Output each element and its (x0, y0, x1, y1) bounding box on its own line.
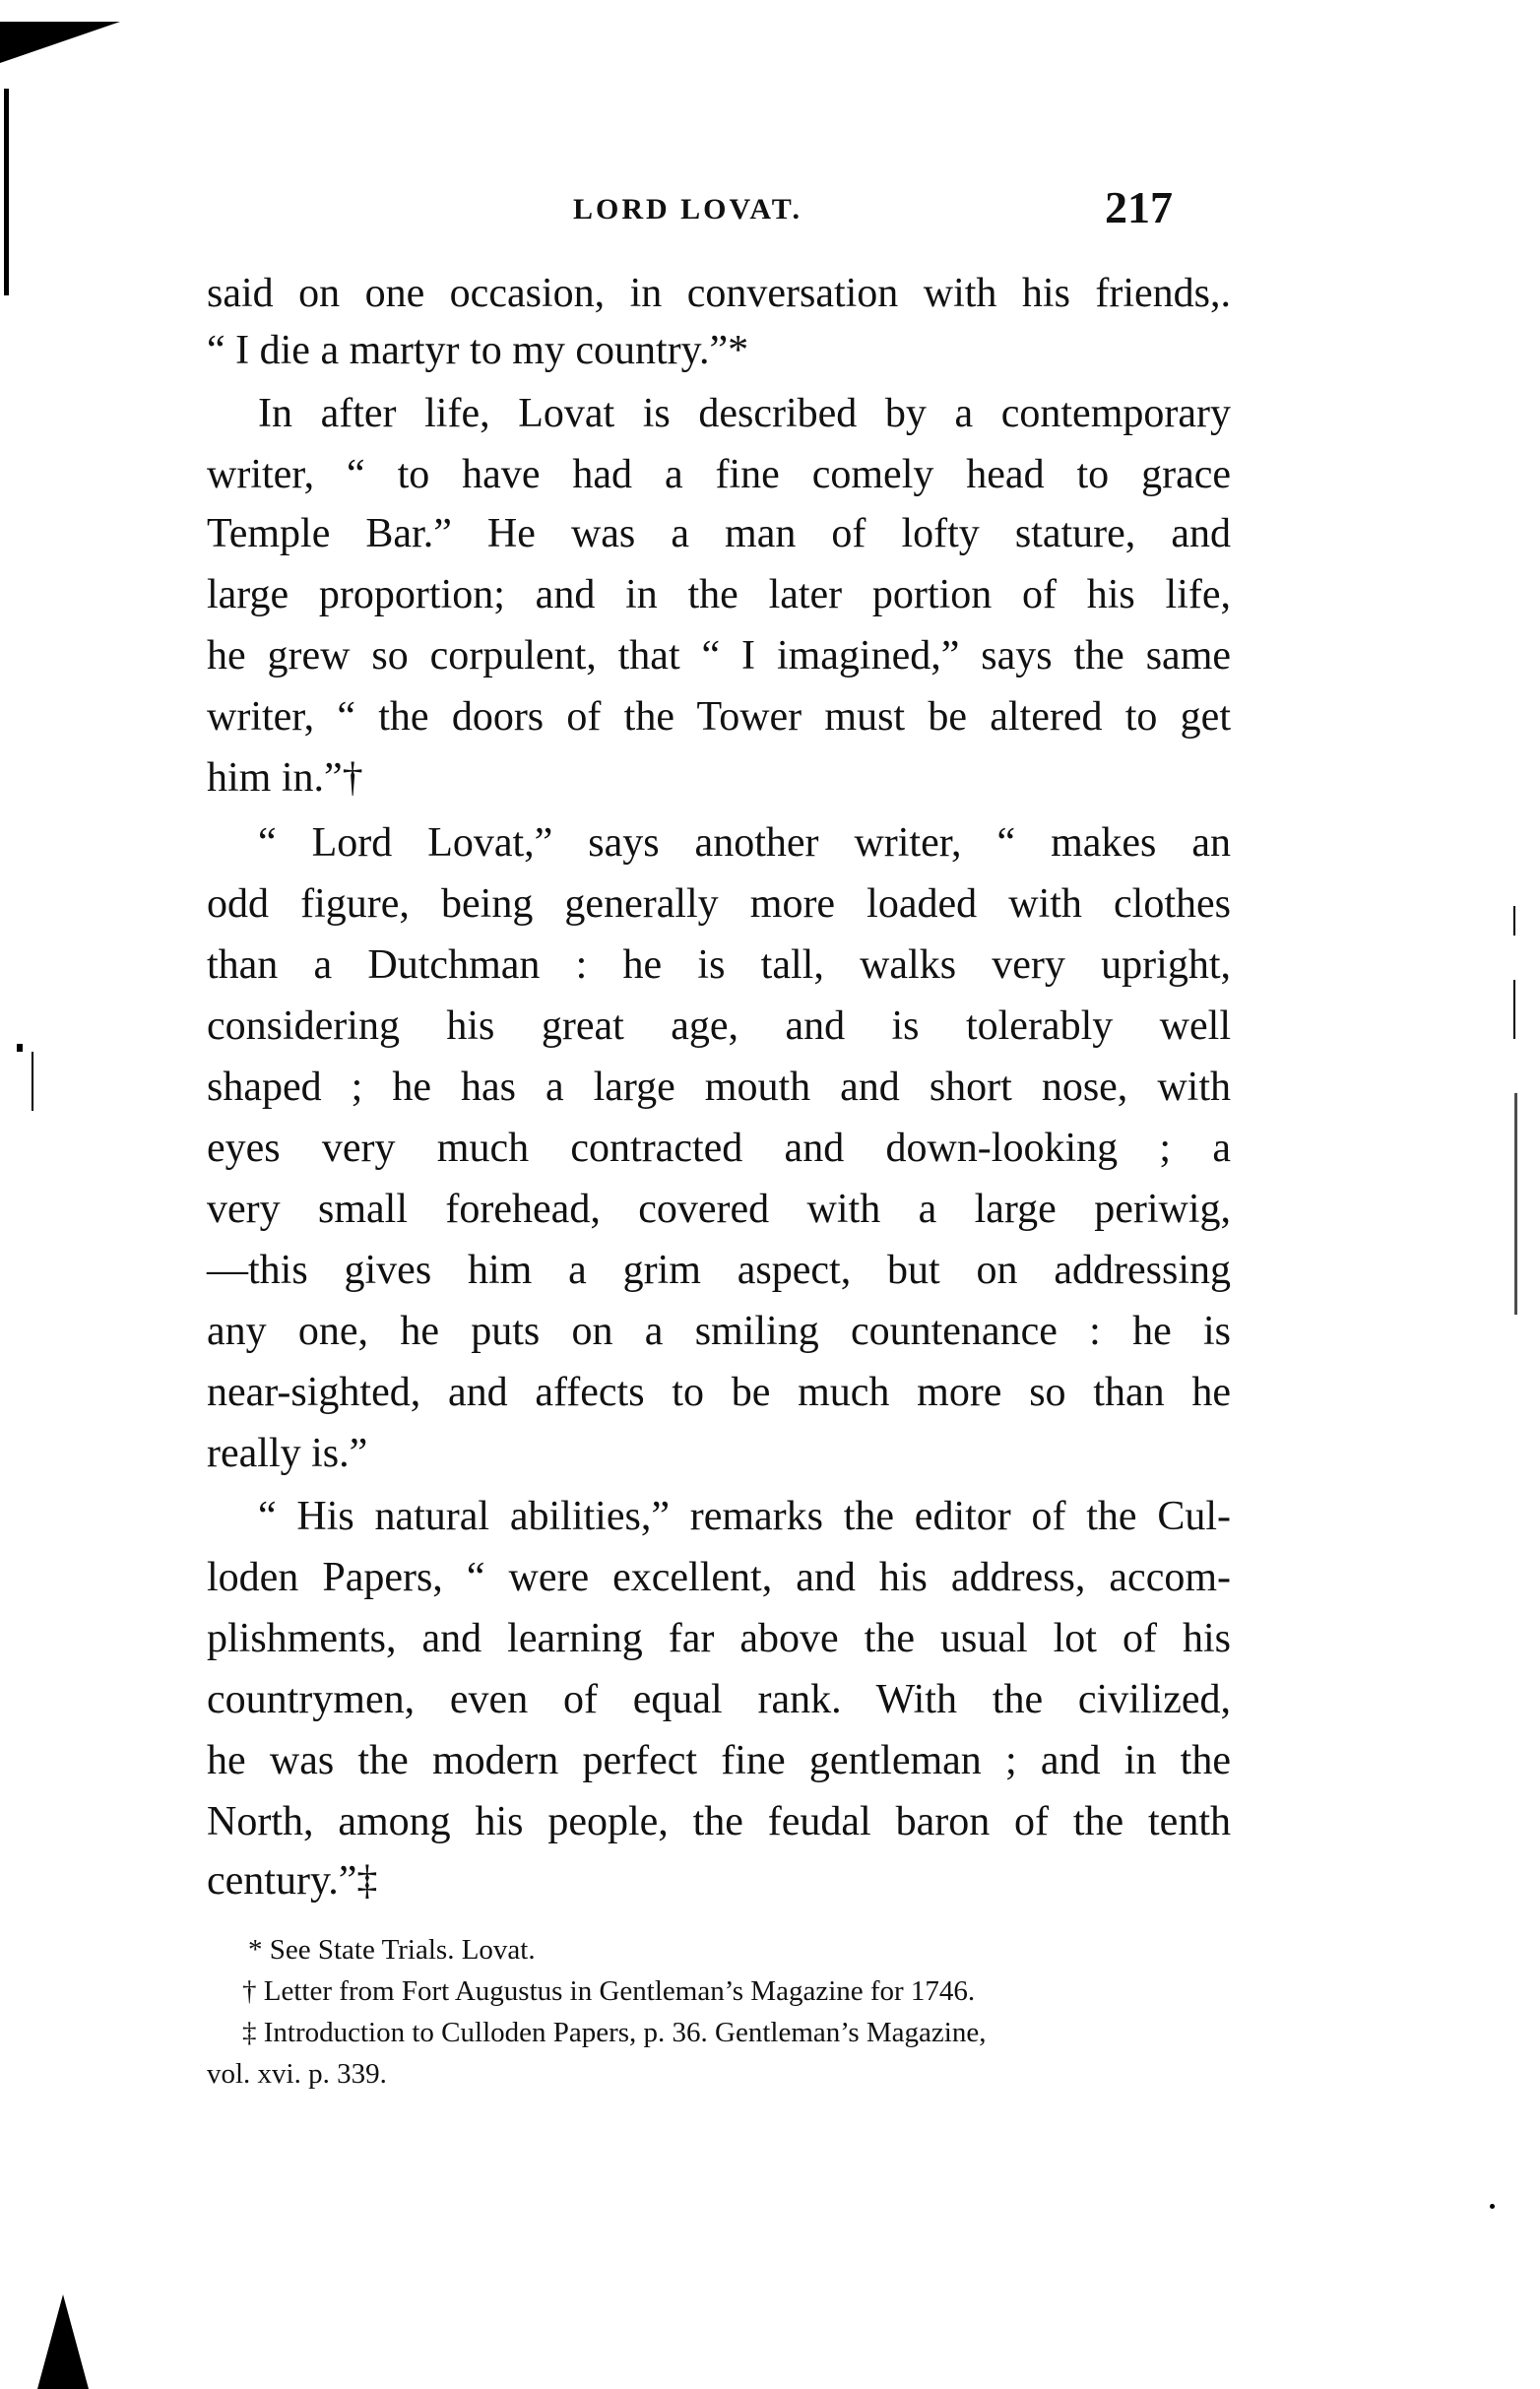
footnote-3-continued: vol. xvi. p. 339. (207, 2056, 387, 2092)
scan-artifact-right-margin-1 (1513, 906, 1515, 936)
text-line: any one, he puts on a smiling countenanc… (207, 1306, 1231, 1357)
footnote-mark: * (248, 1934, 263, 1966)
footnote-2: † Letter from Fort Augustus in Gentleman… (242, 1973, 975, 2009)
text-line: he grew so corpulent, that “ I imagined,… (207, 630, 1231, 681)
scan-artifact-left-dotted (32, 1052, 33, 1111)
scan-artifact-right-margin-3 (1514, 1093, 1517, 1315)
footnote-mark: † (242, 1975, 257, 2007)
text-line: said on one occasion, in conversation wi… (207, 268, 1231, 319)
text-line: “ His natural abilities,” remarks the ed… (258, 1491, 1231, 1542)
text-line: In after life, Lovat is described by a c… (258, 388, 1231, 439)
text-line: “ I die a martyr to my country.”* (207, 325, 1231, 376)
footnote-3: ‡ Introduction to Culloden Papers, p. 36… (242, 2015, 986, 2050)
text-line: countrymen, even of equal rank. With the… (207, 1674, 1231, 1725)
text-line: plishments, and learning far above the u… (207, 1613, 1231, 1664)
scan-artifact-bottom-right-dot (1490, 2204, 1495, 2209)
text-line: really is.” (207, 1428, 1231, 1479)
text-line: near-sighted, and affects to be much mor… (207, 1367, 1231, 1418)
text-line: very small forehead, covered with a larg… (207, 1184, 1231, 1235)
text-line: North, among his people, the feudal baro… (207, 1796, 1231, 1847)
running-head: LORD LOVAT. (573, 193, 802, 226)
text-line: “ Lord Lovat,” says another writer, “ ma… (258, 817, 1231, 869)
text-line: shaped ; he has a large mouth and short … (207, 1062, 1231, 1113)
footnote-text: See State Trials. Lovat. (270, 1934, 536, 1966)
footnote-text: Letter from Fort Augustus in Gentleman’s… (264, 1975, 975, 2007)
scan-artifact-left-mark (17, 1044, 23, 1052)
text-line: eyes very much contracted and down-looki… (207, 1123, 1231, 1174)
text-line: he was the modern perfect fine gentleman… (207, 1735, 1231, 1786)
text-line: Temple Bar.” He was a man of lofty statu… (207, 508, 1231, 559)
text-line: —this gives him a grim aspect, but on ad… (207, 1245, 1231, 1296)
scan-artifact-right-margin-2 (1513, 980, 1515, 1039)
text-line: large proportion; and in the later porti… (207, 569, 1231, 620)
scan-artifact-left-edge (4, 89, 9, 295)
footnote-1: * See State Trials. Lovat. (248, 1932, 536, 1968)
text-line: writer, “ the doors of the Tower must be… (207, 691, 1231, 743)
footnote-text: vol. xvi. p. 339. (207, 2058, 387, 2090)
text-line: century.”‡ (207, 1855, 1231, 1906)
text-line: him in.”† (207, 752, 1231, 804)
text-line: writer, “ to have had a fine comely head… (207, 449, 1231, 500)
page-number: 217 (1105, 181, 1173, 233)
text-line: loden Papers, “ were excellent, and his … (207, 1552, 1231, 1603)
footnote-text: Introduction to Culloden Papers, p. 36. … (264, 2017, 987, 2048)
footnote-mark: ‡ (242, 2017, 257, 2048)
text-line: odd figure, being generally more loaded … (207, 878, 1231, 930)
text-line: considering his great age, and is tolera… (207, 1001, 1231, 1052)
text-line: than a Dutchman : he is tall, walks very… (207, 939, 1231, 991)
scan-artifact-top-left-corner (0, 22, 120, 63)
scan-artifact-bottom-left-blot (37, 2294, 89, 2389)
